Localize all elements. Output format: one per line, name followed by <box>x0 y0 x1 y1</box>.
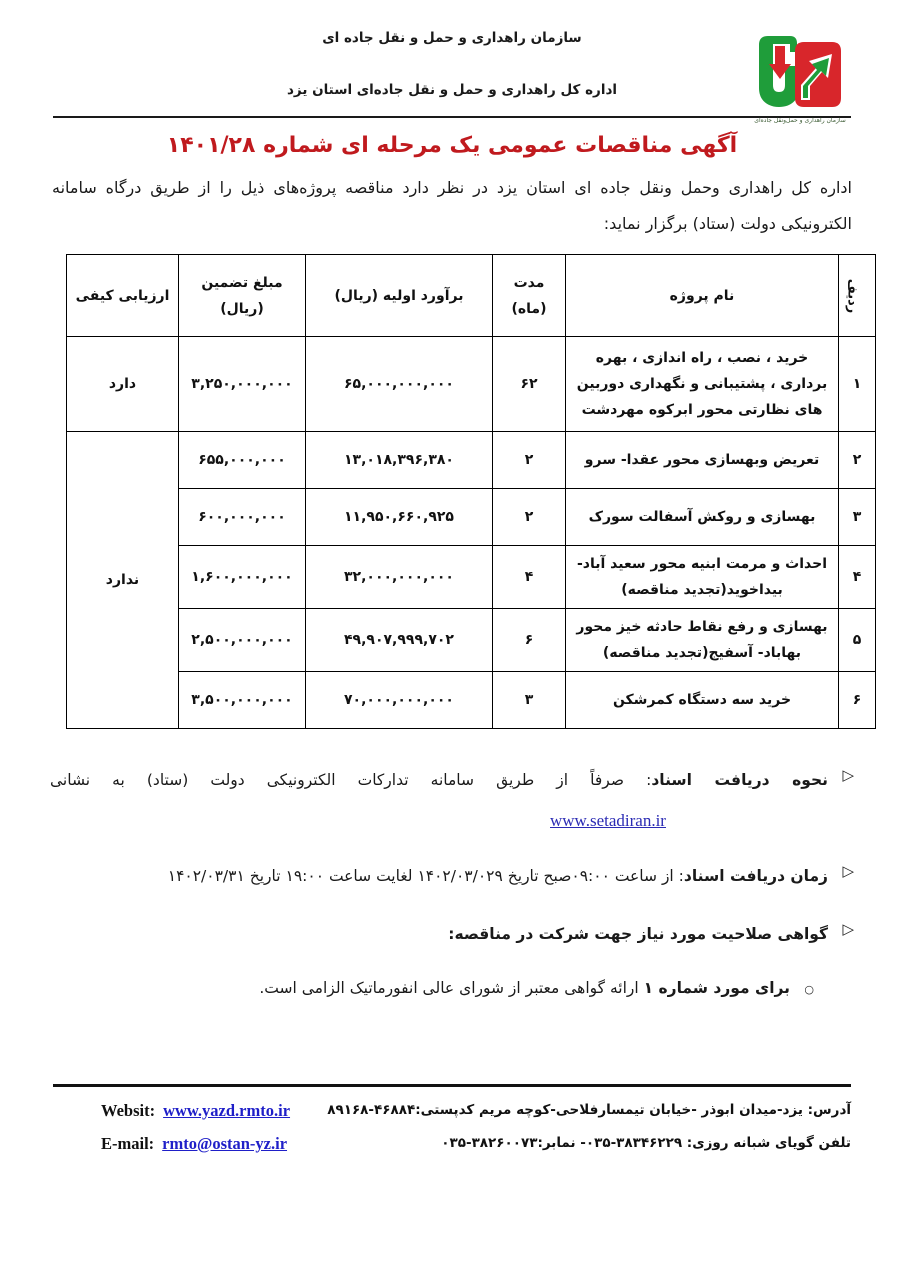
row-number: ۱ <box>839 337 876 432</box>
phone-line: تلفن گویای شبانه روزی: ۰۳۵-۳۸۳۴۶۲۲۹- نما… <box>327 1127 851 1160</box>
row-number: ۶ <box>839 672 876 729</box>
intro-paragraph: اداره کل راهداری وحمل ونقل جاده ای استان… <box>52 170 852 242</box>
title-number: ۱۴۰۱/۲۸ <box>167 133 256 158</box>
rmto-logo: سازمان راهداری و حمل‌ونقل جاده‌ای <box>754 30 846 128</box>
arrow-bullet-icon: ▷ <box>828 919 854 949</box>
email-link[interactable]: rmto@ostan-yz.ir <box>162 1134 287 1153</box>
project-name: تعریض وبهسازی محور عقدا- سرو <box>566 432 839 489</box>
col-header-row-number: ردیف <box>839 255 876 337</box>
title-text: آگهی مناقصات عمومی یک مرحله ای شماره <box>263 133 737 158</box>
table-row: ۴ احداث و مرمت ابنیه محور سعید آباد- بید… <box>67 546 876 609</box>
logo-caption: سازمان راهداری و حمل‌ونقل جاده‌ای <box>754 117 845 124</box>
sub-bullet-case-one: ○ برای مورد شماره ۱ ارائه گواهی معتبر از… <box>50 979 814 997</box>
tenders-table: ردیف نام پروژه مدت (ماه) برآورد اولیه (ر… <box>66 254 876 729</box>
quality-evaluation: دارد <box>67 337 179 432</box>
footer-divider <box>53 1084 851 1087</box>
address-line: آدرس: یزد-میدان ابوذر -خیابان تیمسارفلاح… <box>327 1094 851 1127</box>
table-row: ۳ بهسازی و روکش آسفالت سورک ۲ ۱۱,۹۵۰,۶۶۰… <box>67 489 876 546</box>
bullet-document-receipt: ▷ نحوه دریافت اسناد: صرفاً از طریق سامان… <box>50 765 854 795</box>
fax-number: ۰۳۵-۳۸۲۶۰۰۷۳ <box>441 1135 537 1151</box>
guarantee-amount: ۳,۵۰۰,۰۰۰,۰۰۰ <box>179 672 306 729</box>
initial-estimate: ۴۹,۹۰۷,۹۹۹,۷۰۲ <box>306 609 493 672</box>
sub-bullet-text: برای مورد شماره ۱ ارائه گواهی معتبر از ش… <box>259 979 790 997</box>
email-line: E-mail:rmto@ostan-yz.ir <box>101 1127 290 1160</box>
duration-months: ۶ <box>493 609 566 672</box>
duration-months: ۲ <box>493 432 566 489</box>
initial-estimate: ۷۰,۰۰۰,۰۰۰,۰۰۰ <box>306 672 493 729</box>
guarantee-amount: ۶۵۵,۰۰۰,۰۰۰ <box>179 432 306 489</box>
initial-estimate: ۱۳,۰۱۸,۳۹۶,۳۸۰ <box>306 432 493 489</box>
bullet-receipt-time: ▷ زمان دریافت اسناد: از ساعت ۰۹:۰۰صبح تا… <box>50 861 854 891</box>
circle-bullet-icon: ○ <box>790 979 814 997</box>
project-name: خرید سه دستگاه کمرشکن <box>566 672 839 729</box>
guarantee-amount: ۶۰۰,۰۰۰,۰۰۰ <box>179 489 306 546</box>
document-footer: آدرس: یزد-میدان ابوذر -خیابان تیمسارفلاح… <box>53 1084 851 1160</box>
guarantee-amount: ۱,۶۰۰,۰۰۰,۰۰۰ <box>179 546 306 609</box>
table-row: ۵ بهسازی و رفع نقاط حادثه خیز محور بهابا… <box>67 609 876 672</box>
project-name: خرید ، نصب ، راه اندازی ، بهره برداری ، … <box>566 337 839 432</box>
table-row: ۶ خرید سه دستگاه کمرشکن ۳ ۷۰,۰۰۰,۰۰۰,۰۰۰… <box>67 672 876 729</box>
page-title: آگهی مناقصات عمومی یک مرحله ای شماره ۱۴۰… <box>0 133 904 158</box>
quality-evaluation-merged: ندارد <box>67 432 179 729</box>
guarantee-amount: ۳,۲۵۰,۰۰۰,۰۰۰ <box>179 337 306 432</box>
document-header: سازمان راهداری و حمل و نقل جاده ای اداره… <box>0 0 904 118</box>
footer-contact-en: Websit:www.yazd.rmto.ir E-mail:rmto@osta… <box>101 1094 290 1160</box>
header-divider <box>53 116 851 118</box>
email-label: E-mail: <box>101 1134 154 1153</box>
rmto-logo-icon: سازمان راهداری و حمل‌ونقل جاده‌ای <box>754 30 846 128</box>
initial-estimate: ۶۵,۰۰۰,۰۰۰,۰۰۰ <box>306 337 493 432</box>
col-header-guarantee: مبلغ تضمین (ریال) <box>179 255 306 337</box>
project-name: احداث و مرمت ابنیه محور سعید آباد- بیداخ… <box>566 546 839 609</box>
row-number: ۴ <box>839 546 876 609</box>
initial-estimate: ۳۲,۰۰۰,۰۰۰,۰۰۰ <box>306 546 493 609</box>
bullet-text: گواهی صلاحیت مورد نیاز جهت شرکت در مناقص… <box>50 919 828 949</box>
setadiran-link[interactable]: www.setadiran.ir <box>550 811 666 830</box>
tender-announcement-page: سازمان راهداری و حمل و نقل جاده ای اداره… <box>0 0 904 1280</box>
duration-months: ۶۲ <box>493 337 566 432</box>
project-name: بهسازی و روکش آسفالت سورک <box>566 489 839 546</box>
phone-number: ۰۳۵-۳۸۳۴۶۲۲۹ <box>586 1135 682 1151</box>
col-header-estimate: برآورد اولیه (ریال) <box>306 255 493 337</box>
row-number: ۳ <box>839 489 876 546</box>
website-label: Websit: <box>101 1101 155 1120</box>
table-header-row: ردیف نام پروژه مدت (ماه) برآورد اولیه (ر… <box>67 255 876 337</box>
table-row: ۲ تعریض وبهسازی محور عقدا- سرو ۲ ۱۳,۰۱۸,… <box>67 432 876 489</box>
duration-months: ۴ <box>493 546 566 609</box>
row-number: ۵ <box>839 609 876 672</box>
bullet-text: نحوه دریافت اسناد: صرفاً از طریق سامانه … <box>50 765 828 795</box>
guarantee-amount: ۲,۵۰۰,۰۰۰,۰۰۰ <box>179 609 306 672</box>
duration-months: ۲ <box>493 489 566 546</box>
bullet-text: زمان دریافت اسناد: از ساعت ۰۹:۰۰صبح تاری… <box>50 861 828 891</box>
footer-contact-fa: آدرس: یزد-میدان ابوذر -خیابان تیمسارفلاح… <box>327 1094 851 1160</box>
row-number: ۲ <box>839 432 876 489</box>
arrow-bullet-icon: ▷ <box>828 765 854 795</box>
project-name: بهسازی و رفع نقاط حادثه خیز محور بهاباد-… <box>566 609 839 672</box>
setadiran-link-line: www.setadiran.ir <box>50 811 854 831</box>
initial-estimate: ۱۱,۹۵۰,۶۶۰,۹۲۵ <box>306 489 493 546</box>
postal-code: ۸۹۱۶۸-۴۶۸۸۴ <box>327 1102 415 1118</box>
table-row: ۱ خرید ، نصب ، راه اندازی ، بهره برداری … <box>67 337 876 432</box>
col-header-project-name: نام پروژه <box>566 255 839 337</box>
col-header-evaluation: ارزیابی کیفی <box>67 255 179 337</box>
website-link[interactable]: www.yazd.rmto.ir <box>163 1101 290 1120</box>
arrow-bullet-icon: ▷ <box>828 861 854 891</box>
notes-section: ▷ نحوه دریافت اسناد: صرفاً از طریق سامان… <box>50 765 854 997</box>
duration-months: ۳ <box>493 672 566 729</box>
website-line: Websit:www.yazd.rmto.ir <box>101 1094 290 1127</box>
bullet-required-certificate: ▷ گواهی صلاحیت مورد نیاز جهت شرکت در منا… <box>50 919 854 949</box>
col-header-duration: مدت (ماه) <box>493 255 566 337</box>
